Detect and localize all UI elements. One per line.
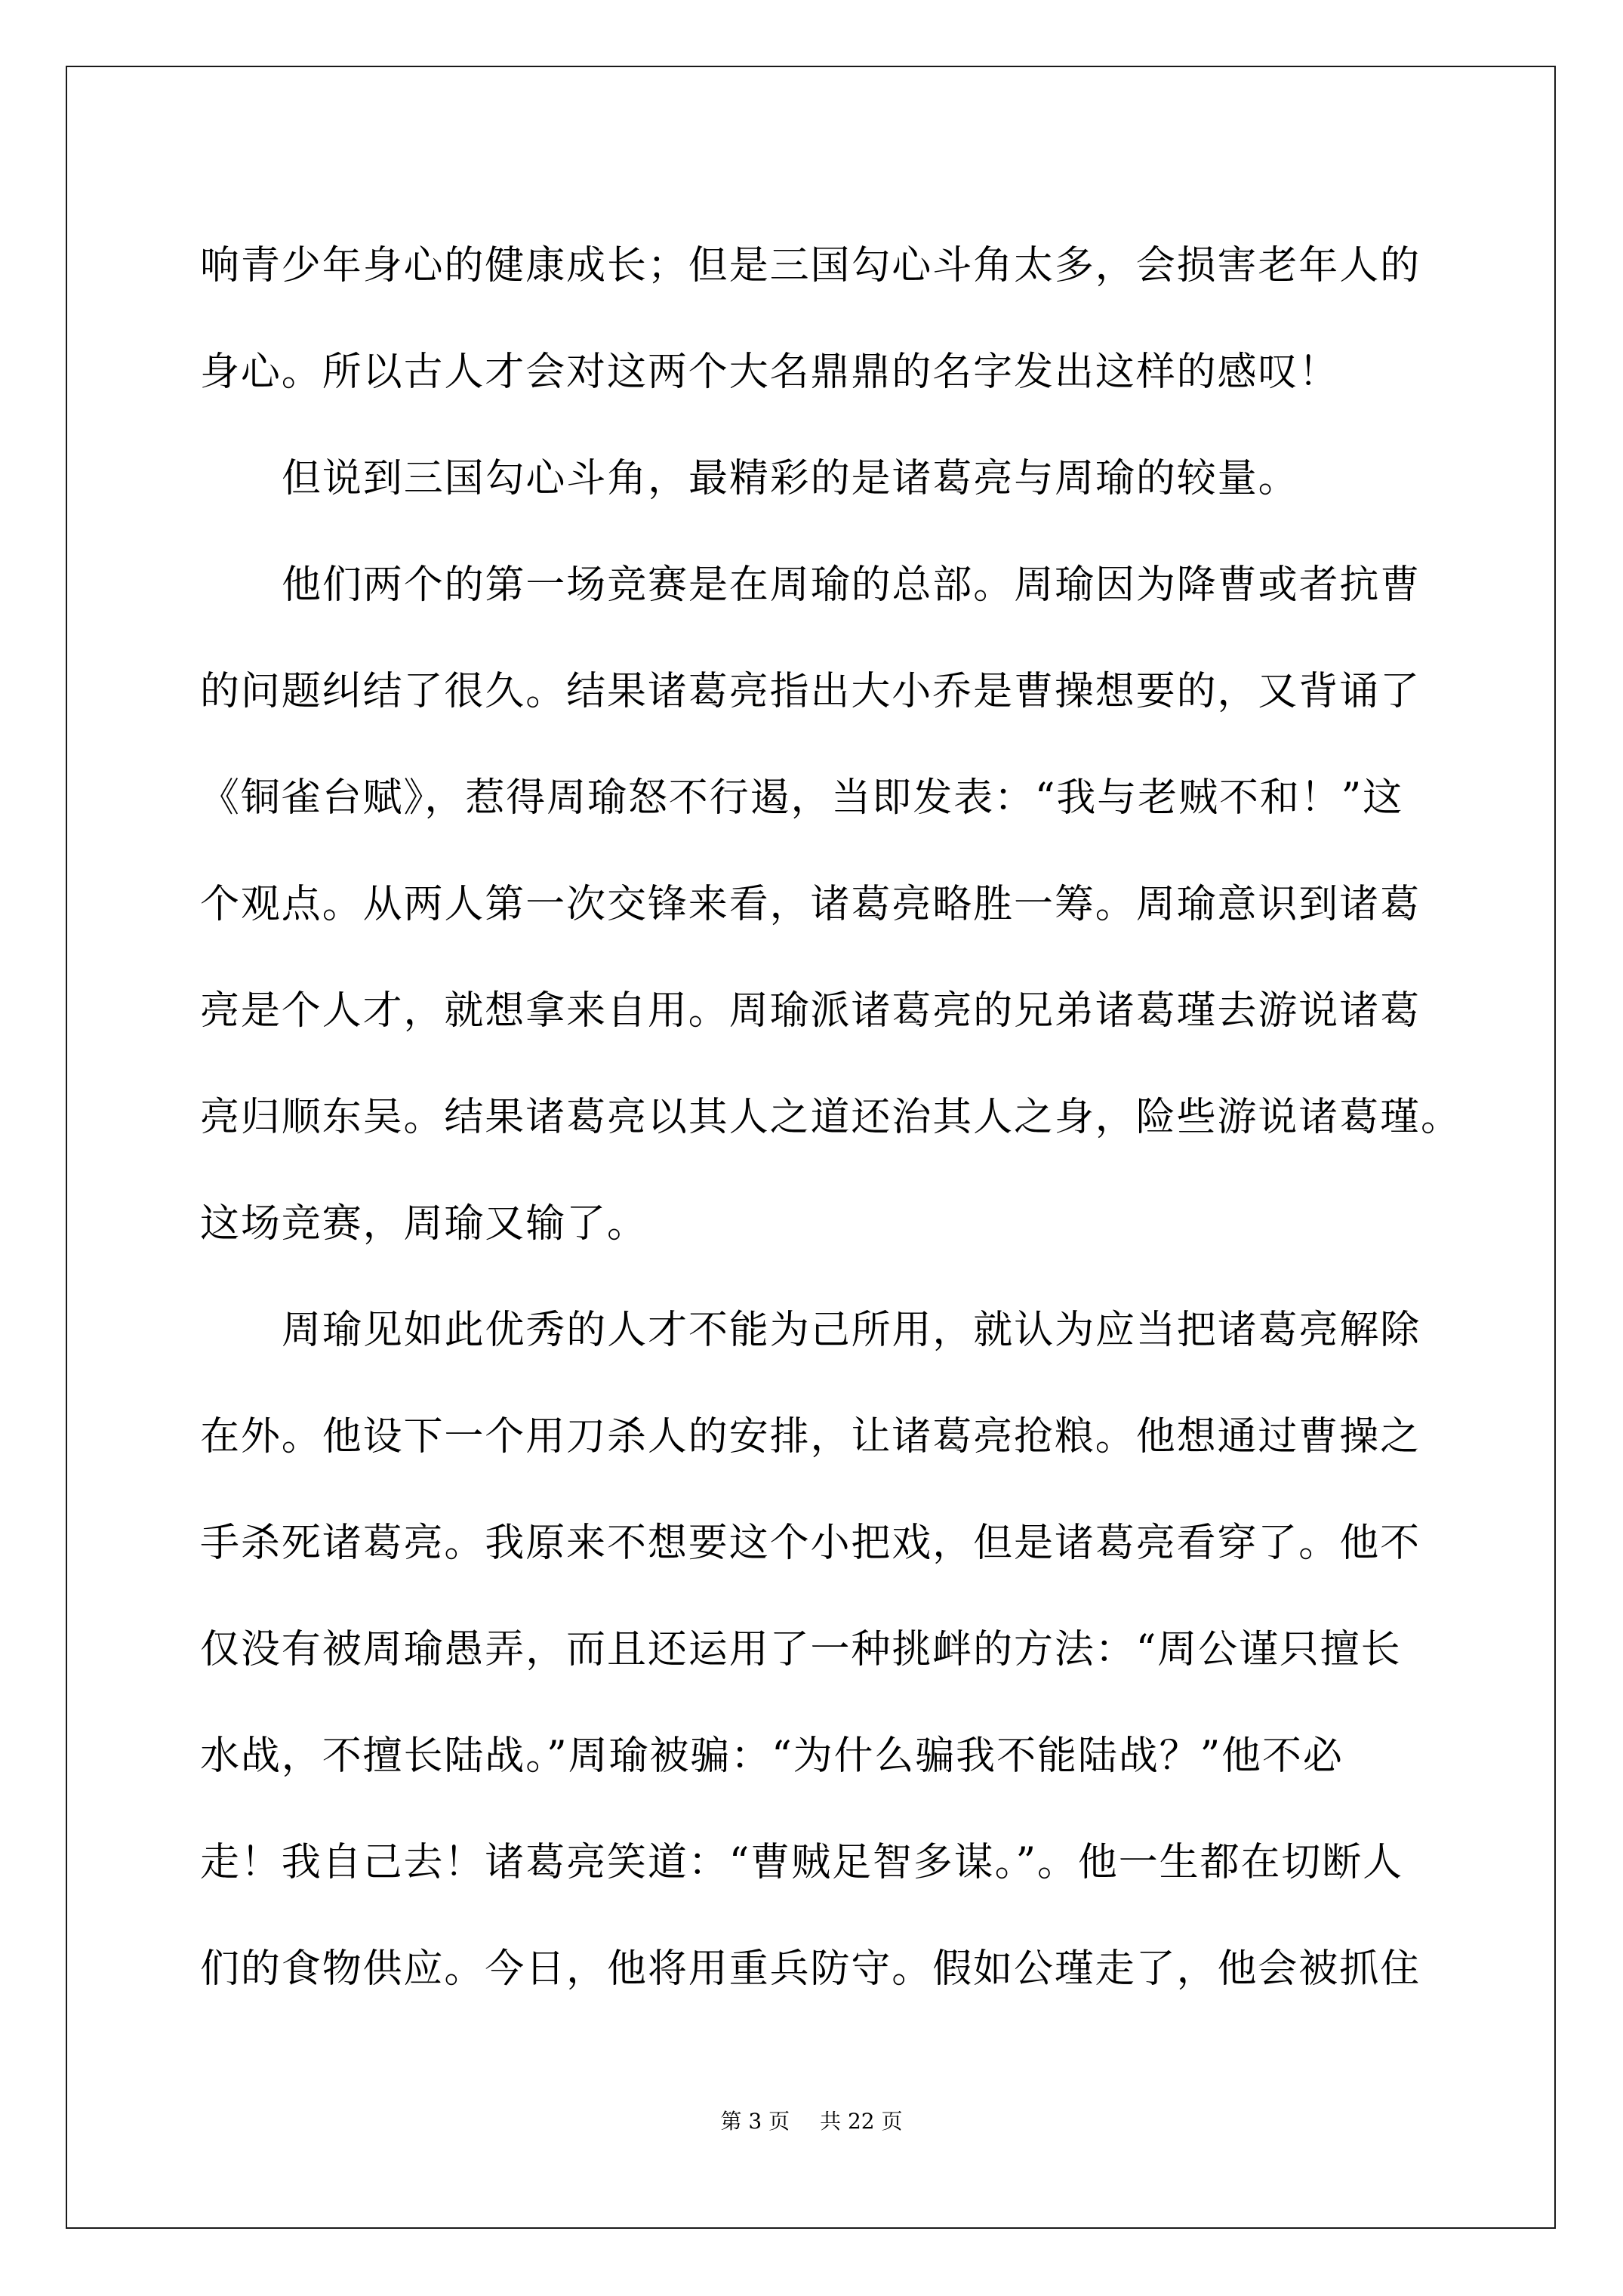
text-line: 身心。所以古人才会对这两个大名鼎鼎的名字发出这样的感叹！ (200, 319, 1483, 426)
text-line: 手杀死诸葛亮。我原来不想要这个小把戏，但是诸葛亮看穿了。他不 (200, 1490, 1483, 1597)
text-line: 亮是个人才，就想拿来自用。周瑜派诸葛亮的兄弟诸葛瑾去游说诸葛 (200, 958, 1483, 1065)
text-line: 个观点。从两人第一次交锋来看，诸葛亮略胜一筹。周瑜意识到诸葛 (200, 852, 1483, 958)
text-line: 但说到三国勾心斗角，最精彩的是诸葛亮与周瑜的较量。 (200, 426, 1483, 532)
document-body: 响青少年身心的健康成长；但是三国勾心斗角太多，会损害老年人的 身心。所以古人才会… (200, 213, 1483, 2023)
text-line: 周瑜见如此优秀的人才不能为己所用，就认为应当把诸葛亮解除 (200, 1277, 1483, 1384)
text-line: 水战，不擅长陆战。”周瑜被骗：“为什么骗我不能陆战？”他不必 (200, 1703, 1483, 1810)
text-line: 在外。他设下一个用刀杀人的安排，让诸葛亮抢粮。他想通过曹操之 (200, 1384, 1483, 1490)
text-line: 走！我自己去！诸葛亮笑道：“曹贼足智多谋。”。他一生都在切断人 (200, 1810, 1483, 1916)
text-line: 他们两个的第一场竞赛是在周瑜的总部。周瑜因为降曹或者抗曹 (200, 532, 1483, 639)
text-line: 这场竞赛，周瑜又输了。 (200, 1171, 1483, 1277)
text-line: 仅没有被周瑜愚弄，而且还运用了一种挑衅的方法：“周公谨只擅长 (200, 1597, 1483, 1703)
text-line: 《铜雀台赋》，惹得周瑜怒不行遏，当即发表：“我与老贼不和！”这 (200, 745, 1483, 852)
text-line: 亮归顺东吴。结果诸葛亮以其人之道还治其人之身，险些游说诸葛瑾。 (200, 1065, 1483, 1171)
page-number-footer: 第 3 页共 22 页 (0, 2108, 1623, 2135)
text-line: 们的食物供应。今日，他将用重兵防守。假如公瑾走了，他会被抓住 (200, 1916, 1483, 2023)
total-pages-label: 共 22 页 (820, 2108, 902, 2135)
current-page-label: 第 3 页 (720, 2108, 790, 2135)
text-line: 的问题纠结了很久。结果诸葛亮指出大小乔是曹操想要的，又背诵了 (200, 639, 1483, 745)
text-line: 响青少年身心的健康成长；但是三国勾心斗角太多，会损害老年人的 (200, 213, 1483, 319)
